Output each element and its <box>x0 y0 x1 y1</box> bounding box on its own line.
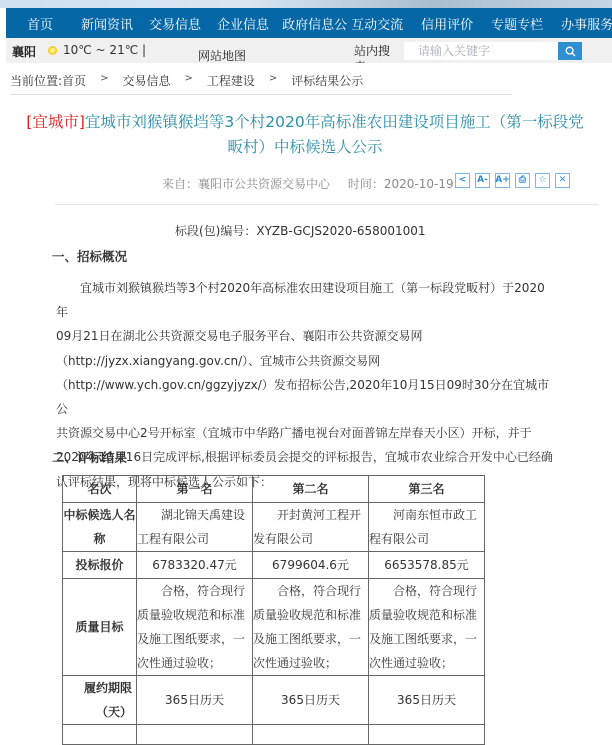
source-value: 襄阳市公共资源交易中心 <box>198 177 330 191</box>
table-cell: 河南东恒市政工程有限公司 <box>369 503 485 552</box>
table-cell: 湖北锦天禹建设工程有限公司 <box>137 503 253 552</box>
table-cell: 6783320.47元 <box>137 552 253 579</box>
font-smaller-icon[interactable]: A- <box>475 173 490 188</box>
sun-icon <box>48 46 57 55</box>
nav-home[interactable]: 首页 <box>27 14 53 33</box>
search-button[interactable] <box>558 42 582 60</box>
title-region-tag: [宜城市] <box>26 113 85 131</box>
share-icon[interactable]: < <box>455 173 470 188</box>
page-title: [宜城市]宜城市刘猴镇猴垱等3个村2020年高标准农田建设项目施工（第一标段党畈… <box>20 110 590 160</box>
breadcrumb-trading[interactable]: 交易信息 <box>122 72 170 89</box>
table-cell: 开封黄河工程开发有限公司 <box>253 503 369 552</box>
section-code: 标段(包)编号：XYZB-GCJS2020-658001001 <box>175 222 426 239</box>
sitemap-link[interactable]: 网站地图 <box>198 47 246 64</box>
nav-interaction[interactable]: 互动交流 <box>351 14 403 33</box>
table-row: 中标候选人名称 湖北锦天禹建设工程有限公司 开封黄河工程开发有限公司 河南东恒市… <box>63 503 485 552</box>
time-label: 时间： <box>348 177 384 191</box>
header-banner <box>0 0 612 8</box>
table-header-row: 名次 第一名 第二名 第三名 <box>63 476 485 503</box>
nav-government[interactable]: 政府信息公 <box>282 14 347 33</box>
divider <box>55 204 598 205</box>
table-cell <box>137 725 253 731</box>
section1-heading: 一、招标概况 <box>52 247 127 265</box>
utility-bar: 襄阳 10℃ ~ 21℃ | 网站地图 站内搜索 <box>6 38 612 63</box>
table-row: 质量目标 合格，符合现行质量验收规范和标准及施工图纸要求，一次性通过验收； 合格… <box>63 579 485 676</box>
table-cell: 6799604.6元 <box>253 552 369 579</box>
header-cell: 名次 <box>63 476 137 503</box>
table-cell <box>253 725 369 731</box>
nav-news[interactable]: 新闻资讯 <box>81 14 133 33</box>
font-larger-icon[interactable]: A+ <box>495 173 510 188</box>
para-line: 2020年10月16日完成评标,根据评标委员会提交的评标报告，宜城市农业综合开发… <box>56 445 556 469</box>
para-line: （http://www.ych.gov.cn/ggzyjyzx/）发布招标公告,… <box>56 373 556 421</box>
article-meta: 来自：襄阳市公共资源交易中心 时间：2020-10-19 <box>162 175 454 192</box>
table-cell: 365日历天 <box>137 676 253 725</box>
row-label: 履约期限（天） <box>63 676 137 725</box>
table-cell: 合格，符合现行质量验收规范和标准及施工图纸要求，一次性通过验收； <box>369 579 485 676</box>
row-label: 中标候选人名称 <box>63 503 137 552</box>
table-cell: 365日历天 <box>369 676 485 725</box>
breadcrumb-separator: > <box>184 72 192 89</box>
nav-enterprise[interactable]: 企业信息 <box>217 14 269 33</box>
divider <box>10 94 512 95</box>
table-row <box>63 725 485 731</box>
table-cell: 365日历天 <box>253 676 369 725</box>
header-cell: 第三名 <box>369 476 485 503</box>
search-input[interactable] <box>404 42 578 60</box>
breadcrumb-construction[interactable]: 工程建设 <box>207 72 255 89</box>
table-cell: 合格，符合现行质量验收规范和标准及施工图纸要求，一次性通过验收； <box>253 579 369 676</box>
search-label: 站内搜索 <box>354 43 394 63</box>
nav-credit[interactable]: 信用评价 <box>421 14 473 33</box>
row-label: 投标报价 <box>63 552 137 579</box>
nav-trading[interactable]: 交易信息 <box>149 14 201 33</box>
temperature: 10℃ ~ 21℃ | <box>63 43 146 57</box>
table-row: 投标报价 6783320.47元 6799604.6元 6653578.85元 <box>63 552 485 579</box>
close-icon[interactable]: ✕ <box>555 173 570 188</box>
row-label: 质量目标 <box>63 579 137 676</box>
search-icon <box>565 46 576 57</box>
time-value: 2020-10-19 <box>384 177 454 191</box>
print-icon[interactable]: ⎙ <box>515 173 530 188</box>
breadcrumb-current[interactable]: 评标结果公示 <box>291 72 363 89</box>
table-cell: 合格，符合现行质量验收规范和标准及施工图纸要求，一次性通过验收； <box>137 579 253 676</box>
section1-body: 宜城市刘猴镇猴垱等3个村2020年高标准农田建设项目施工（第一标段党畈村）于20… <box>56 276 556 494</box>
table-cell: 6653578.85元 <box>369 552 485 579</box>
city-name: 襄阳 <box>12 43 36 60</box>
main-nav: 首页 新闻资讯 交易信息 企业信息 政府信息公 互动交流 信用评价 专题专栏 办… <box>6 8 612 38</box>
results-table: 名次 第一名 第二名 第三名 中标候选人名称 湖北锦天禹建设工程有限公司 开封黄… <box>62 475 485 730</box>
row-label <box>63 725 137 731</box>
breadcrumb-prefix: 当前位置: <box>10 72 62 89</box>
favorite-icon[interactable]: ☆ <box>535 173 550 188</box>
nav-services[interactable]: 办事服务 <box>561 14 612 33</box>
section2-heading: 二、评标结果 <box>52 448 127 466</box>
header-cell: 第一名 <box>137 476 253 503</box>
para-line: （http://jyzx.xiangyang.gov.cn/）、宜城市公共资源交… <box>56 349 556 373</box>
para-line: 09月21日在湖北公共资源交易电子服务平台、襄阳市公共资源交易网 <box>56 324 556 348</box>
header-cell: 第二名 <box>253 476 369 503</box>
para-line: 宜城市刘猴镇猴垱等3个村2020年高标准农田建设项目施工（第一标段党畈村）于20… <box>56 281 545 319</box>
article-tools: < A- A+ ⎙ ☆ ✕ <box>455 173 570 188</box>
para-line: 共资源交易中心2号开标室（宜城市中华路广播电视台对面普锦左岸春天小区）开标，并于 <box>56 421 556 445</box>
table-cell <box>369 725 485 731</box>
nav-topics[interactable]: 专题专栏 <box>491 14 543 33</box>
breadcrumb: 当前位置: 首页 > 交易信息 > 工程建设 > 评标结果公示 <box>10 72 363 89</box>
breadcrumb-home[interactable]: 首页 <box>62 72 86 89</box>
breadcrumb-separator: > <box>100 72 108 89</box>
table-row: 履约期限（天） 365日历天 365日历天 365日历天 <box>63 676 485 725</box>
source-label: 来自： <box>162 177 198 191</box>
title-text: 宜城市刘猴镇猴垱等3个村2020年高标准农田建设项目施工（第一标段党畈村）中标候… <box>85 113 584 156</box>
breadcrumb-separator: > <box>269 72 277 89</box>
